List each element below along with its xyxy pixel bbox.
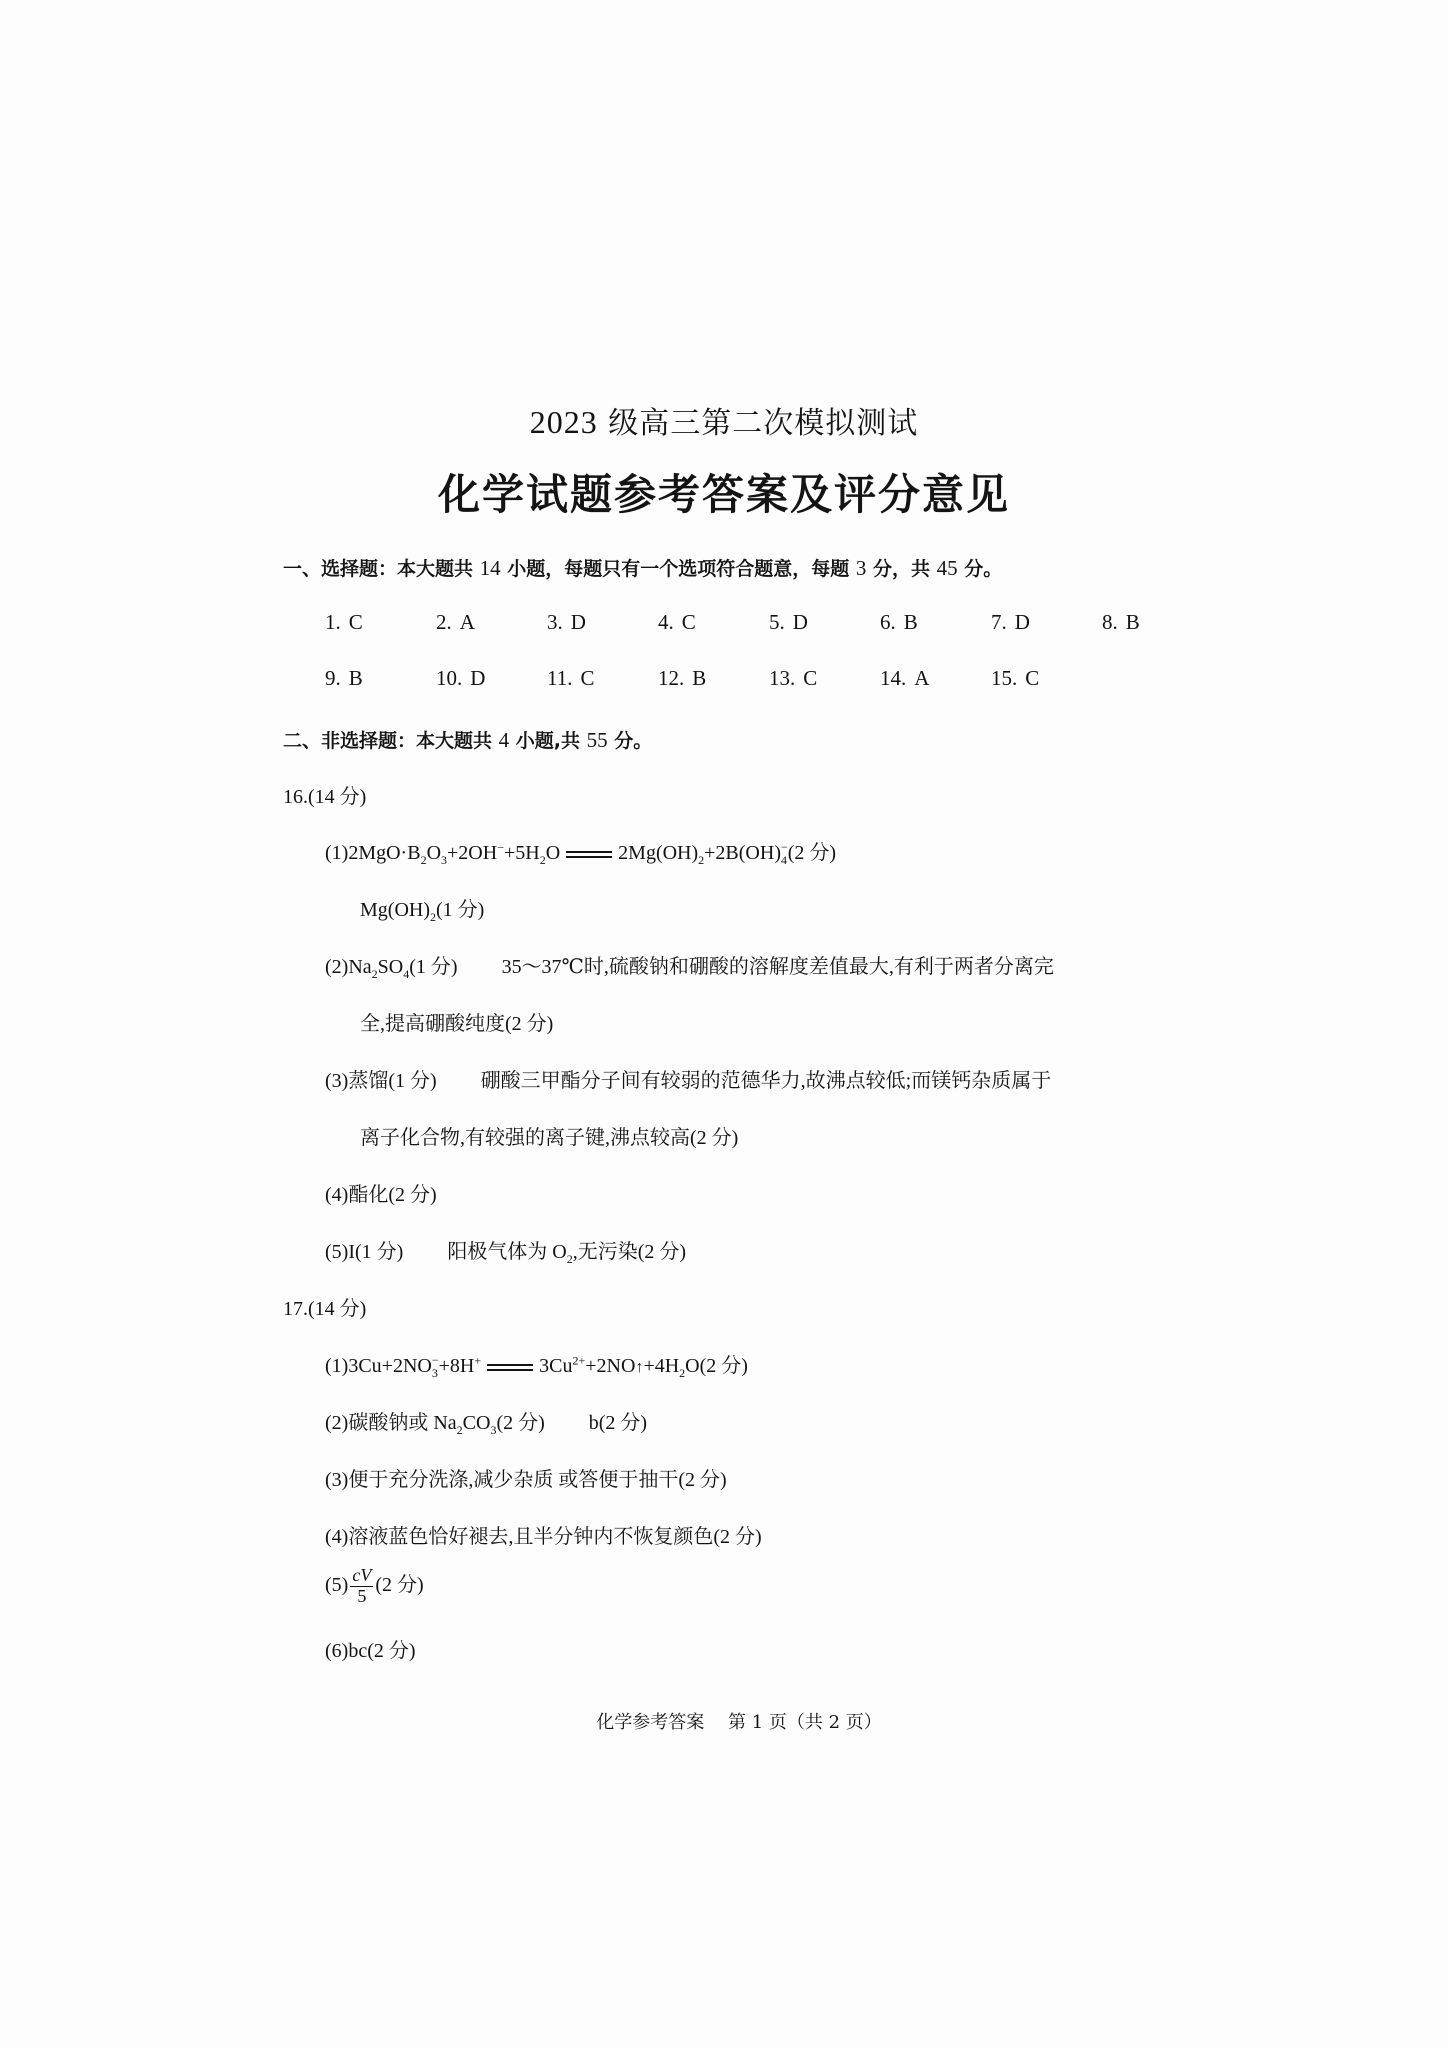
answer-item: 7.D: [991, 610, 1030, 635]
q16-part1-equation: (1)2MgO·B2O3+2OH−+5H2O2Mg(OH)2+2B(OH)4−(…: [325, 836, 836, 865]
q17-part5: (5)cV5(2 分): [325, 1566, 424, 1607]
exam-year: 2023: [530, 404, 598, 440]
q16-part3-cont: 离子化合物,有较强的离子键,沸点较高(2 分): [360, 1121, 738, 1150]
section1-count: 14: [480, 556, 501, 580]
equals-sign-icon: [487, 1364, 533, 1371]
section1-prefix: 一、选择题：本大题共: [283, 558, 473, 580]
answer-item: 15.C: [991, 666, 1039, 691]
q16-part4: (4)酯化(2 分): [325, 1178, 437, 1207]
answer-item: 11.C: [547, 666, 595, 691]
page-number: 第 1 页（共 2 页）: [728, 1712, 882, 1733]
section2-heading: 二、非选择题：本大题共 4 小题,共 55 分。: [283, 726, 652, 753]
q16-part2-cont: 全,提高硼酸纯度(2 分): [360, 1007, 553, 1036]
q17-part6: (6)bc(2 分): [325, 1634, 416, 1663]
footer-label: 化学参考答案: [596, 1712, 704, 1733]
q17-part4: (4)溶液蓝色恰好褪去,且半分钟内不恢复颜色(2 分): [325, 1520, 762, 1549]
answer-item: 3.D: [547, 610, 586, 635]
q16-part5: (5)I(1 分)阳极气体为 O2,无污染(2 分): [325, 1235, 686, 1264]
answer-item: 12.B: [658, 666, 706, 691]
q16-part2: (2)Na2SO4(1 分)35～37℃时,硫酸钠和硼酸的溶解度差值最大,有利于…: [325, 950, 1054, 979]
answer-item: 6.B: [880, 610, 918, 635]
section1-heading: 一、选择题：本大题共 14 小题，每题只有一个选项符合题意，每题 3 分，共 4…: [283, 554, 1002, 581]
q16-part3: (3)蒸馏(1 分)硼酸三甲酯分子间有较弱的范德华力,故沸点较低;而镁钙杂质属于: [325, 1064, 1051, 1093]
section2-total: 55: [587, 728, 608, 752]
q17-part3: (3)便于充分洗涤,减少杂质 或答便于抽干(2 分): [325, 1463, 727, 1492]
exam-title: 2023 级高三第二次模拟测试: [0, 398, 1448, 442]
answer-item: 5.D: [769, 610, 808, 635]
section2-count: 4: [499, 728, 510, 752]
q16-part1-line2: Mg(OH)2(1 分): [360, 893, 484, 922]
question-16-heading: 16.(14 分): [283, 780, 366, 809]
equals-sign-icon: [566, 851, 612, 858]
q17-part1-equation: (1)3Cu+2NO3−+8H+3Cu2++2NO↑+4H2O(2 分): [325, 1349, 748, 1378]
question-17-heading: 17.(14 分): [283, 1292, 366, 1321]
section1-each-score: 3: [856, 556, 867, 580]
answer-item: 13.C: [769, 666, 817, 691]
document-title: 化学试题参考答案及评分意见: [0, 462, 1448, 522]
section2-prefix: 二、非选择题：本大题共: [283, 730, 492, 752]
section1-total: 45: [937, 556, 958, 580]
answer-item: 4.C: [658, 610, 696, 635]
answer-item: 1.C: [325, 610, 363, 635]
answer-item: 2.A: [436, 610, 475, 635]
answer-item: 14.A: [880, 666, 929, 691]
fraction: cV5: [350, 1566, 373, 1607]
section1-suffix: 分。: [964, 558, 1002, 580]
section1-mid: 小题，每题只有一个选项符合题意，每题: [507, 558, 849, 580]
section2-mid: 小题,共: [516, 730, 580, 752]
answer-item: 8.B: [1102, 610, 1140, 635]
q17-part2: (2)碳酸钠或 Na2CO3(2 分)b(2 分): [325, 1406, 647, 1435]
answer-item: 10.D: [436, 666, 485, 691]
section2-suffix: 分。: [614, 730, 652, 752]
answer-key-page: 2023 级高三第二次模拟测试 化学试题参考答案及评分意见 一、选择题：本大题共…: [0, 0, 1448, 2048]
section1-mid2: 分，共: [873, 558, 930, 580]
exam-title-rest: 级高三第二次模拟测试: [608, 406, 918, 441]
page-footer: 化学参考答案 第 1 页（共 2 页）: [0, 1708, 1448, 1734]
answer-item: 9.B: [325, 666, 363, 691]
